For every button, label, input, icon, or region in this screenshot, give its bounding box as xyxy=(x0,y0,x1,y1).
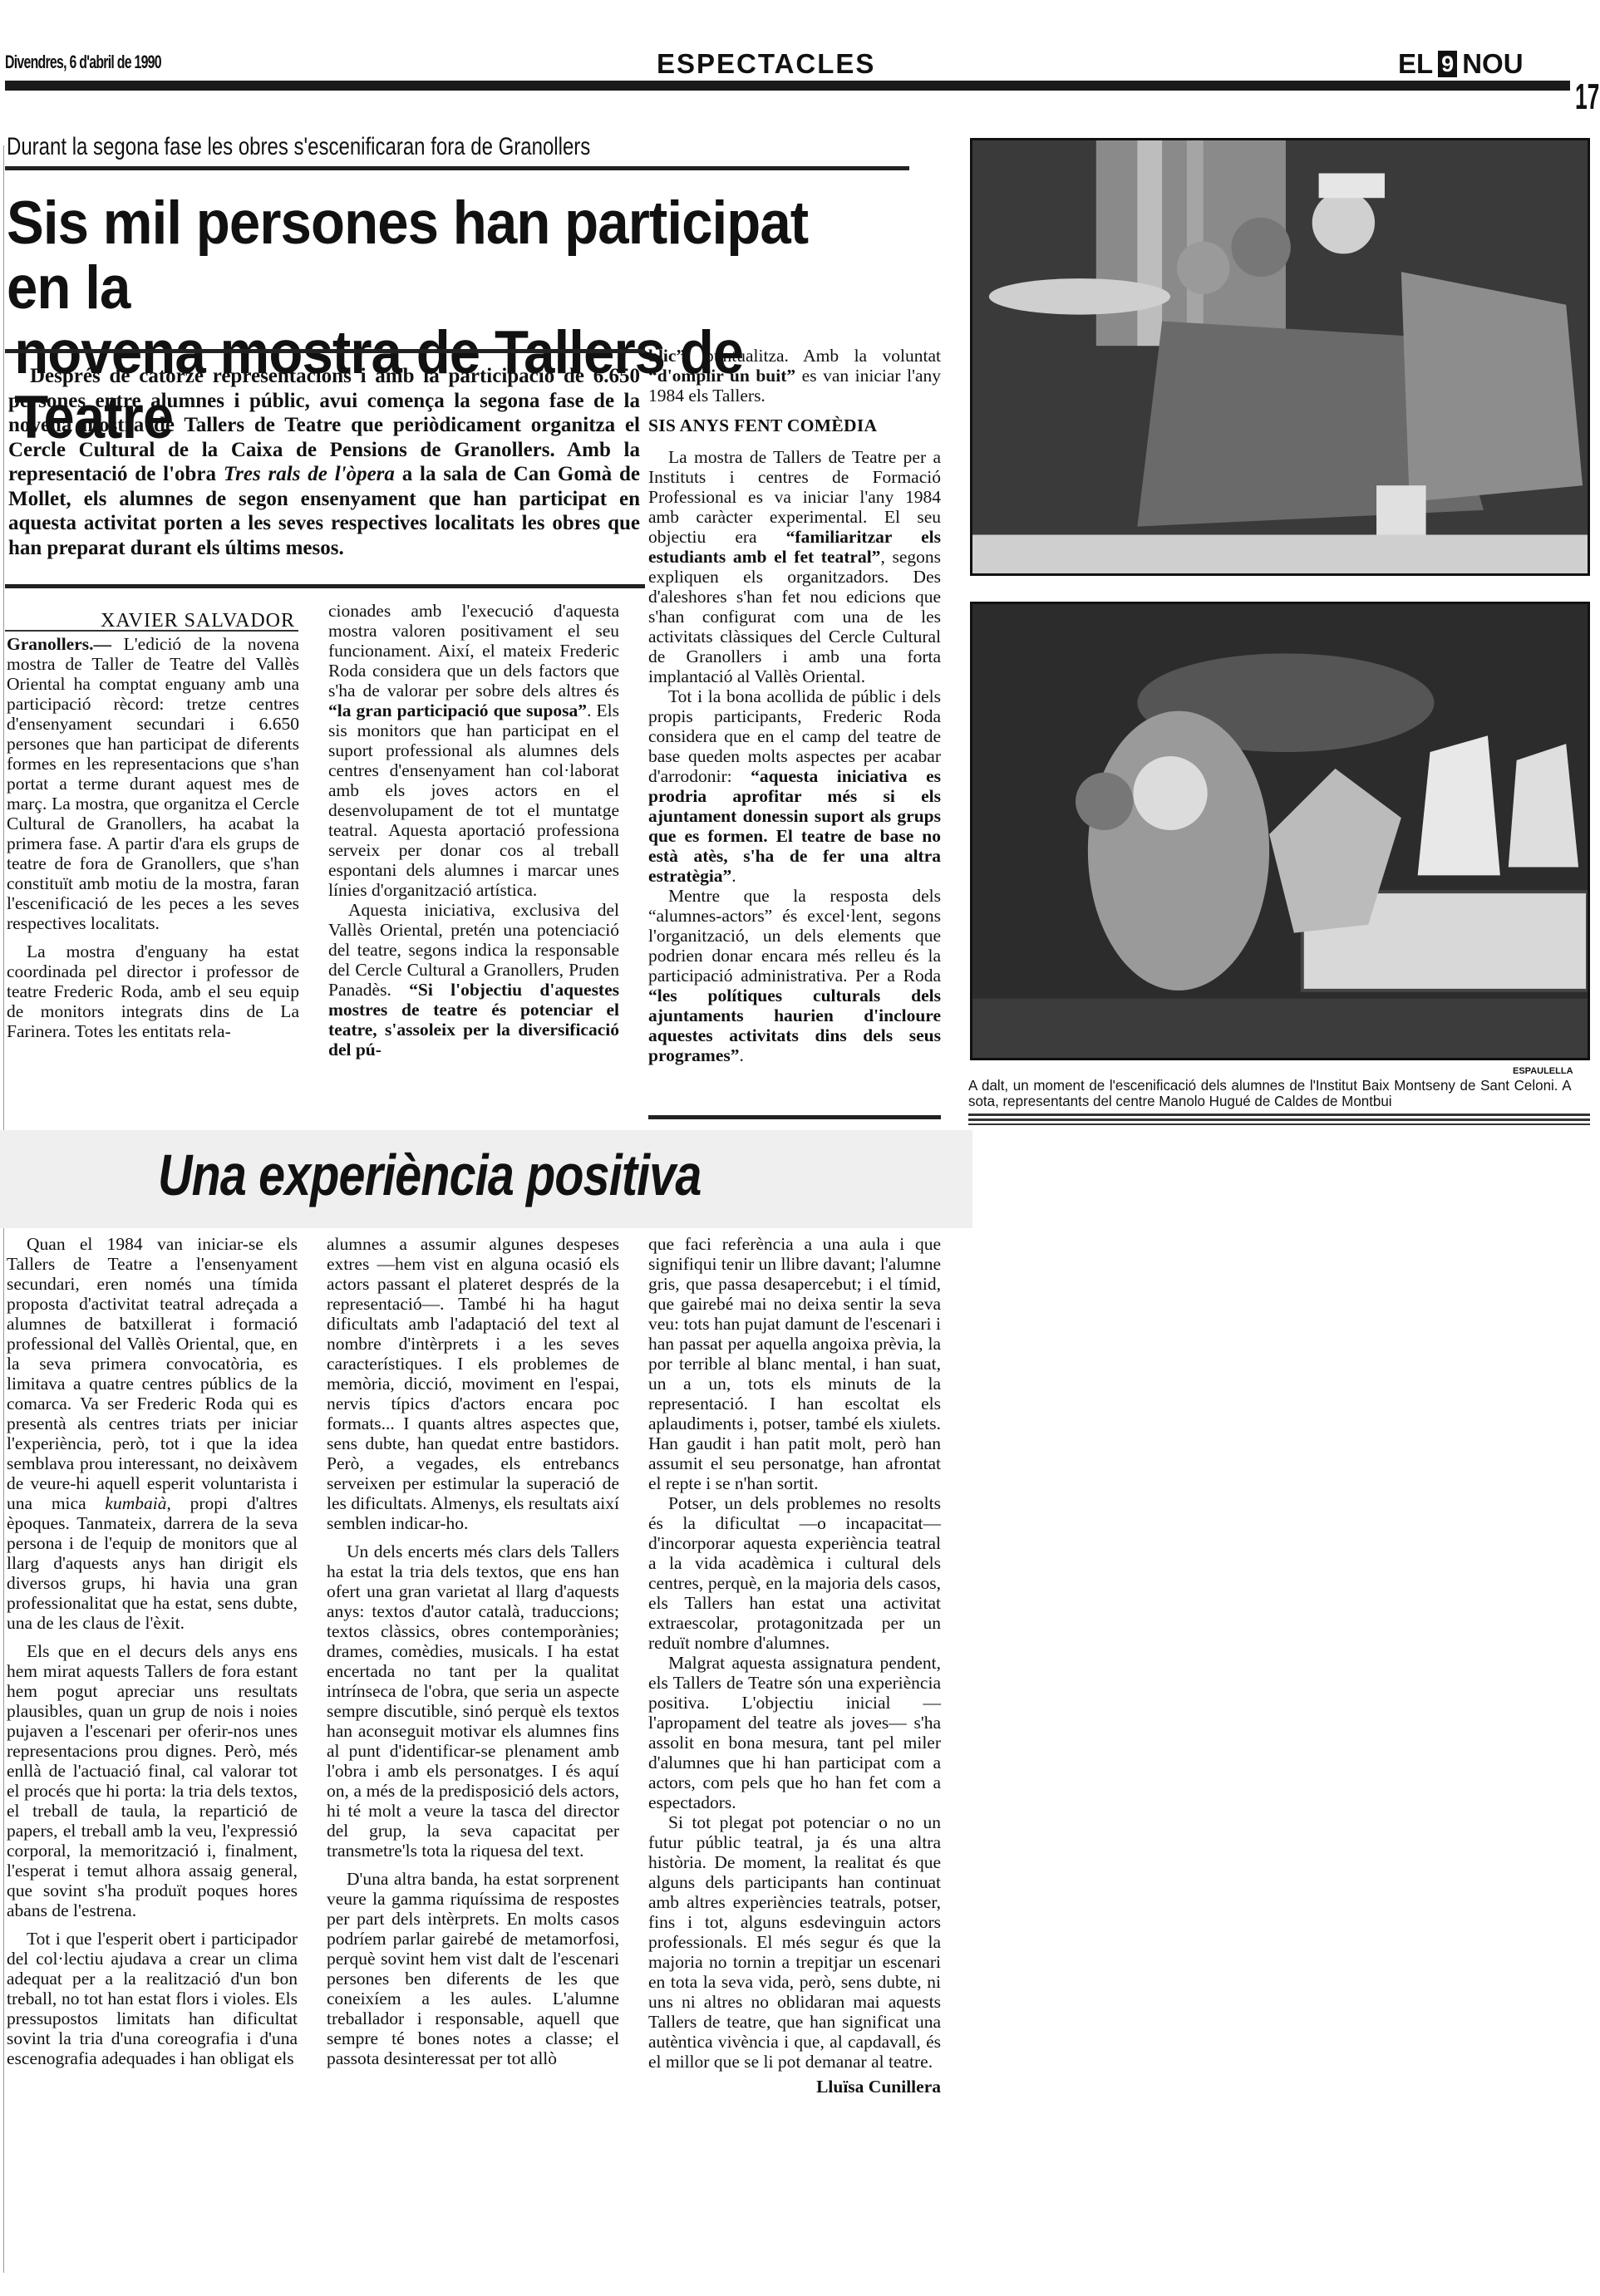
author-signature: Lluïsa Cunillera xyxy=(648,2077,941,2097)
headline-line-1: Sis mil persones han participat en la xyxy=(7,191,871,321)
photo-stage-scene-top xyxy=(970,138,1590,576)
byline: XAVIER SALVADOR xyxy=(91,610,295,632)
article1-column-1: Granollers.— L'edició de la novena mostr… xyxy=(7,634,299,1041)
photo-caption: A dalt, un moment de l'escenificació del… xyxy=(968,1078,1572,1109)
newspaper-logo: EL 9 NOU xyxy=(1398,48,1524,80)
photo-stage-scene-bottom xyxy=(970,602,1590,1060)
paragraph: Malgrat aquesta assignatura pendent, els… xyxy=(648,1653,941,1812)
lead-bottom-rule xyxy=(5,584,645,588)
page-number: 17 xyxy=(1575,76,1599,118)
article1-column-2: cionades amb l'execució d'aquesta mostra… xyxy=(328,601,619,1060)
article2-title: Una experiència positiva xyxy=(158,1142,701,1208)
caption-rule xyxy=(968,1119,1590,1121)
lead-play-title: Tres rals de l'òpera xyxy=(224,463,395,485)
paragraph-text: , segons expliquen els organitzadors. De… xyxy=(648,547,941,686)
paragraph: D'una altra banda, ha estat sorprenent v… xyxy=(327,1869,619,2068)
byline-rule xyxy=(5,630,298,632)
lead-top-rule xyxy=(5,349,645,353)
article-lead: Després de catorze representacions i amb… xyxy=(8,364,640,560)
paragraph-text: L'edició de la novena mostra de Taller d… xyxy=(7,634,299,933)
paragraph-text: Quan el 1984 van iniciar-se els Tallers … xyxy=(7,1234,298,1513)
paragraph: La mostra d'enguany ha estat coordinada … xyxy=(7,942,299,1041)
paragraph-text: cionades amb l'execució d'aquesta mostra… xyxy=(328,601,619,701)
paragraph: Un dels encerts més clars dels Tallers h… xyxy=(327,1541,619,1861)
paragraph: Quan el 1984 van iniciar-se els Tallers … xyxy=(7,1234,298,1633)
photo-image-icon xyxy=(972,604,1588,1058)
paragraph: alumnes a assumir algunes despeses extre… xyxy=(327,1234,619,1533)
photo-credit: ESPAULELLA xyxy=(1513,1066,1573,1076)
logo-prefix: EL xyxy=(1398,48,1433,80)
paragraph: Si tot plegat pot potenciar o no un futu… xyxy=(648,1812,941,2072)
paragraph: Potser, un dels problemes no resolts és … xyxy=(648,1493,941,1653)
paragraph: Aquesta iniciativa, exclusiva del Vallès… xyxy=(328,900,619,1060)
paragraph: La mostra de Tallers de Teatre per a Ins… xyxy=(648,447,941,686)
dateline: Granollers.— xyxy=(7,634,111,654)
quote: “d'omplir un buit” xyxy=(648,366,795,386)
paragraph: Tot i la bona acollida de públic i dels … xyxy=(648,686,941,886)
photo-image-icon xyxy=(972,140,1588,573)
paragraph-text: , propi d'altres èpoques. Tanmateix, dar… xyxy=(7,1493,298,1633)
section-title: ESPECTACLES xyxy=(657,48,875,80)
paragraph: Tot i que l'esperit obert i participador… xyxy=(7,1929,298,2068)
article1-end-rule xyxy=(648,1115,941,1119)
paragraph-text: . xyxy=(731,866,736,886)
paragraph: Mentre que la resposta dels “alumnes-act… xyxy=(648,886,941,1065)
paragraph: blic”, puntualitza. Amb la voluntat “d'o… xyxy=(648,346,941,406)
logo-suffix: NOU xyxy=(1462,48,1523,80)
quote: “la gran participació que suposa” xyxy=(328,701,587,720)
article2-column-3: que faci referència a una aula i que sig… xyxy=(648,1234,941,2097)
article2-column-2: alumnes a assumir algunes despeses extre… xyxy=(327,1234,619,2068)
article1-column-3: blic”, puntualitza. Amb la voluntat “d'o… xyxy=(648,346,941,1065)
caption-rule xyxy=(968,1114,1590,1116)
paragraph: que faci referència a una aula i que sig… xyxy=(648,1234,941,1493)
issue-date: Divendres, 6 d'abril de 1990 xyxy=(5,52,161,73)
article2-column-1: Quan el 1984 van iniciar-se els Tallers … xyxy=(7,1234,298,2068)
quote: blic” xyxy=(648,346,685,366)
header-rule xyxy=(5,81,1570,91)
logo-number-icon: 9 xyxy=(1438,51,1457,77)
paragraph-text: . xyxy=(739,1045,743,1065)
paragraph: Els que en el decurs dels anys ens hem m… xyxy=(7,1641,298,1920)
quote: “les polítiques culturals dels ajuntamen… xyxy=(648,986,941,1065)
paragraph: Granollers.— L'edició de la novena mostr… xyxy=(7,634,299,933)
paragraph-text: . Els sis monitors que han participat en… xyxy=(328,701,619,900)
paragraph-text: Mentre que la resposta dels “alumnes-act… xyxy=(648,886,941,986)
paragraph: cionades amb l'execució d'aquesta mostra… xyxy=(328,601,619,900)
article-kicker: Durant la segona fase les obres s'esceni… xyxy=(7,133,590,161)
italic-term: kumbaià xyxy=(105,1493,166,1513)
caption-rule xyxy=(968,1123,1590,1125)
kicker-rule xyxy=(5,166,909,170)
paragraph-text: , puntualitza. Amb la voluntat xyxy=(685,346,941,366)
subheading: SIS ANYS FENT COMÈDIA xyxy=(648,415,941,435)
